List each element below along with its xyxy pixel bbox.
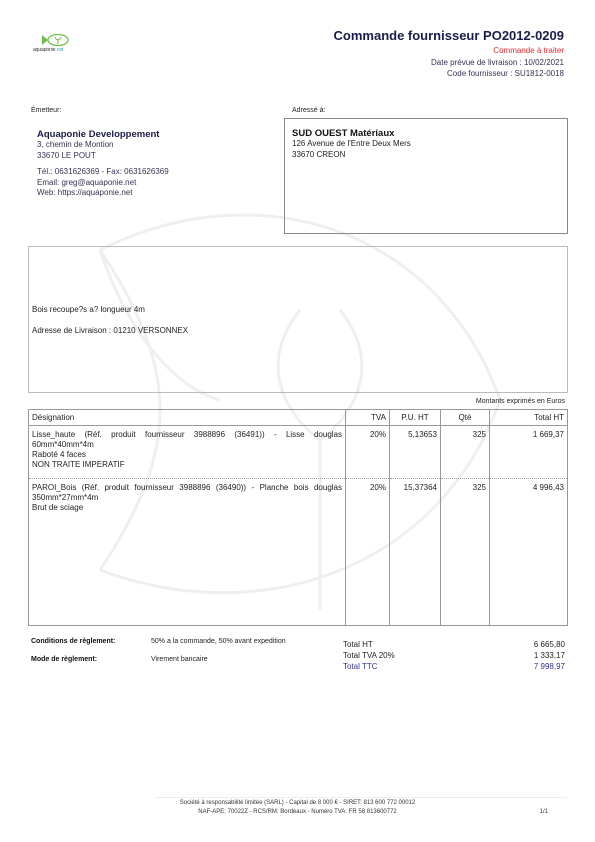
document-title: Commande fournisseur PO2012-0209 xyxy=(334,28,564,43)
total-tva-row: Total TVA 20% 1 333,17 xyxy=(343,650,565,661)
row-total: 1 669,37 xyxy=(490,426,568,479)
sender-web[interactable]: Web: https://aquaponie.net xyxy=(37,188,277,199)
footer-divider xyxy=(155,797,567,798)
col-quantity: Qté xyxy=(441,410,490,426)
notes-block: Bois recoupe?s a? longueur 4m Adresse de… xyxy=(28,246,568,393)
footer-legal-line-1: Société à responsabilité limitée (SARL) … xyxy=(0,800,595,806)
totals-block: Total HT 6 665,80 Total TVA 20% 1 333,17… xyxy=(343,639,565,672)
row-designation: Lisse_haute (Réf. produit fournisseur 39… xyxy=(29,426,346,479)
currency-note: Montants exprimés en Euros xyxy=(476,398,565,405)
sender-phone-fax: Tél.: 0631626369 - Fax: 0631626369 xyxy=(37,167,277,178)
col-total: Total HT xyxy=(490,410,568,426)
payment-mode-label: Mode de règlement: xyxy=(31,656,151,674)
row-tva: 20% xyxy=(346,479,390,626)
total-ttc-label: Total TTC xyxy=(343,661,378,672)
total-ht-row: Total HT 6 665,80 xyxy=(343,639,565,650)
supplier-code: Code fournisseur : SU1812-0018 xyxy=(447,69,564,78)
payment-terms-value: 50% a la commande, 50% avant expedition xyxy=(151,638,286,656)
recipient-label: Adressé à: xyxy=(292,107,325,114)
row-unit-price: 5,13653 xyxy=(390,426,441,479)
row-unit-price: 15,37364 xyxy=(390,479,441,626)
row-total: 4 996,43 xyxy=(490,479,568,626)
recipient-address2: 33670 CREON xyxy=(292,150,567,161)
total-ttc-value: 7 998,97 xyxy=(534,661,565,672)
sender-address2: 33670 LE POUT xyxy=(37,151,277,162)
sender-address1: 3, chemin de Montion xyxy=(37,140,277,151)
page-number: 1/1 xyxy=(540,809,548,815)
designation-text: Lisse_haute (Réf. produit fournisseur 39… xyxy=(32,430,342,450)
logo-tld: .net xyxy=(55,47,63,53)
recipient-name: SUD OUEST Matériaux xyxy=(292,128,567,139)
company-logo: aquaponie.net xyxy=(33,32,78,56)
recipient-block: SUD OUEST Matériaux 126 Avenue de l'Entr… xyxy=(284,118,568,234)
order-status: Commande à traiter xyxy=(493,46,564,55)
table-row: Lisse_haute (Réf. produit fournisseur 39… xyxy=(29,426,568,479)
sender-name: Aquaponie Developpement xyxy=(37,129,277,140)
delivery-date: Date prévue de livraison : 10/02/2021 xyxy=(431,58,564,67)
logo-brand: aquaponie xyxy=(33,47,55,53)
total-tva-value: 1 333,17 xyxy=(534,650,565,661)
total-ht-label: Total HT xyxy=(343,639,373,650)
row-tva: 20% xyxy=(346,426,390,479)
payment-terms-label: Conditions de règlement: xyxy=(31,638,151,656)
footer-legal-line-2: NAF-APE: 70022Z - RCS/RM: Bordeaux - Num… xyxy=(0,809,595,815)
sender-label: Émetteur: xyxy=(31,107,61,114)
table-header-row: Désignation TVA P.U. HT Qté Total HT xyxy=(29,410,568,426)
order-lines-table: Désignation TVA P.U. HT Qté Total HT Lis… xyxy=(28,409,568,626)
designation-detail: NON TRAITE IMPERATIF xyxy=(32,460,342,470)
payment-conditions: Conditions de règlement: 50% a la comman… xyxy=(31,638,286,674)
row-quantity: 325 xyxy=(441,479,490,626)
recipient-address1: 126 Avenue de l'Entre Deux Mers xyxy=(292,139,567,150)
note-line-2: Adresse de Livraison : 01210 VERSONNEX xyxy=(32,326,188,335)
note-line-1: Bois recoupe?s a? longueur 4m xyxy=(32,305,145,314)
total-ht-value: 6 665,80 xyxy=(534,639,565,650)
row-designation: PAROI_Bois (Réf. produit fournisseur 398… xyxy=(29,479,346,626)
col-unit-price: P.U. HT xyxy=(390,410,441,426)
designation-text: PAROI_Bois (Réf. produit fournisseur 398… xyxy=(32,483,342,503)
row-quantity: 325 xyxy=(441,426,490,479)
total-tva-label: Total TVA 20% xyxy=(343,650,395,661)
designation-detail: Raboté 4 faces xyxy=(32,450,342,460)
sender-email[interactable]: Email: greg@aquaponie.net xyxy=(37,178,277,189)
col-tva: TVA xyxy=(346,410,390,426)
logo-wordmark: aquaponie.net xyxy=(33,47,63,53)
payment-mode-value: Virement bancaire xyxy=(151,656,208,674)
table-row: PAROI_Bois (Réf. produit fournisseur 398… xyxy=(29,479,568,626)
fish-sprout-logo-icon xyxy=(33,32,78,48)
designation-detail: Brut de sciage xyxy=(32,503,342,513)
col-designation: Désignation xyxy=(29,410,346,426)
sender-block: Aquaponie Developpement 3, chemin de Mon… xyxy=(31,121,277,216)
total-ttc-row: Total TTC 7 998,97 xyxy=(343,661,565,672)
